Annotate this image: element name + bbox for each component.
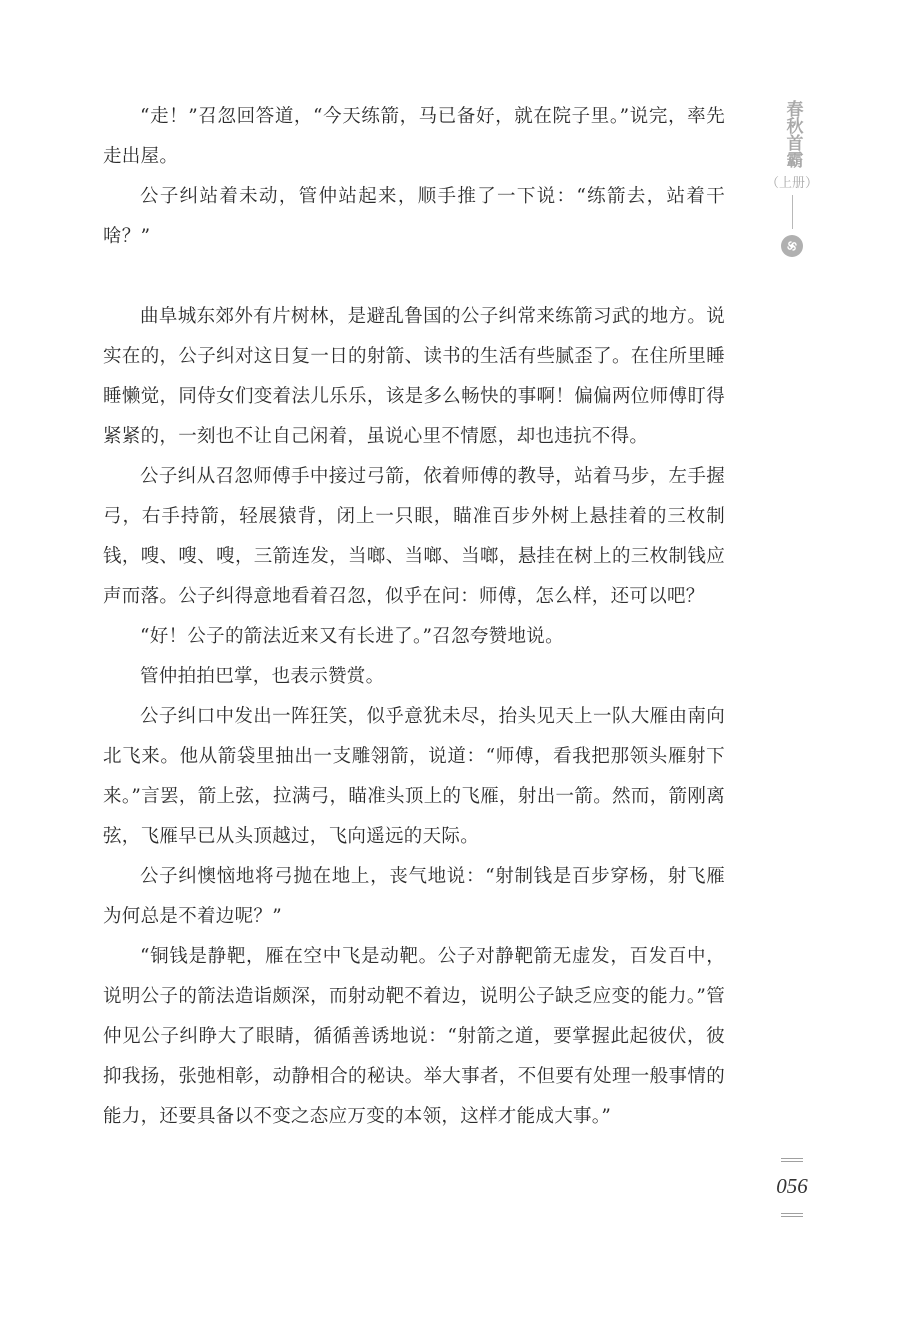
bottom-double-rule [781,1213,803,1217]
page-body: “走！”召忽回答道，“今天练箭，马已备好，就在院子里。”说完，率先走出屋。 公子… [103,97,725,1137]
paragraph-1: “走！”召忽回答道，“今天练箭，马已备好，就在院子里。”说完，率先走出屋。 [103,97,725,177]
top-double-rule [781,1158,803,1162]
swirl-emblem-icon [781,235,803,257]
paragraph-8: 公子纠懊恼地将弓抛在地上，丧气地说：“射制钱是百步穿杨，射飞雁为何总是不着边呢？… [103,857,725,937]
paragraph-9: “铜钱是静靶，雁在空中飞是动靶。公子对静靶箭无虚发，百发百中，说明公子的箭法造诣… [103,937,725,1137]
paragraph-5: “好！公子的箭法近来又有长进了。”召忽夸赞地说。 [103,617,725,657]
paragraph-7: 公子纠口中发出一阵狂笑，似乎意犹未尽，抬头见天上一队大雁由南向北飞来。他从箭袋里… [103,697,725,857]
page-number: 056 [776,1174,808,1199]
folio: 056 [770,1158,814,1217]
paragraph-6: 管仲拍拍巴掌，也表示赞赏。 [103,657,725,697]
paragraph-2: 公子纠站着未动，管仲站起来，顺手推了一下说：“练箭去，站着干啥？” [103,177,725,257]
volume-label: （上册） [766,172,818,191]
vertical-divider [792,195,793,229]
running-header-sidebar: 春秋首霸 （上册） [770,100,814,257]
paragraph-3: 曲阜城东郊外有片树林，是避乱鲁国的公子纠常来练箭习武的地方。说实在的，公子纠对这… [103,297,725,457]
book-title: 春秋首霸 [783,100,802,168]
paragraph-4: 公子纠从召忽师傅手中接过弓箭，依着师傅的教导，站着马步，左手握弓，右手持箭，轻展… [103,457,725,617]
